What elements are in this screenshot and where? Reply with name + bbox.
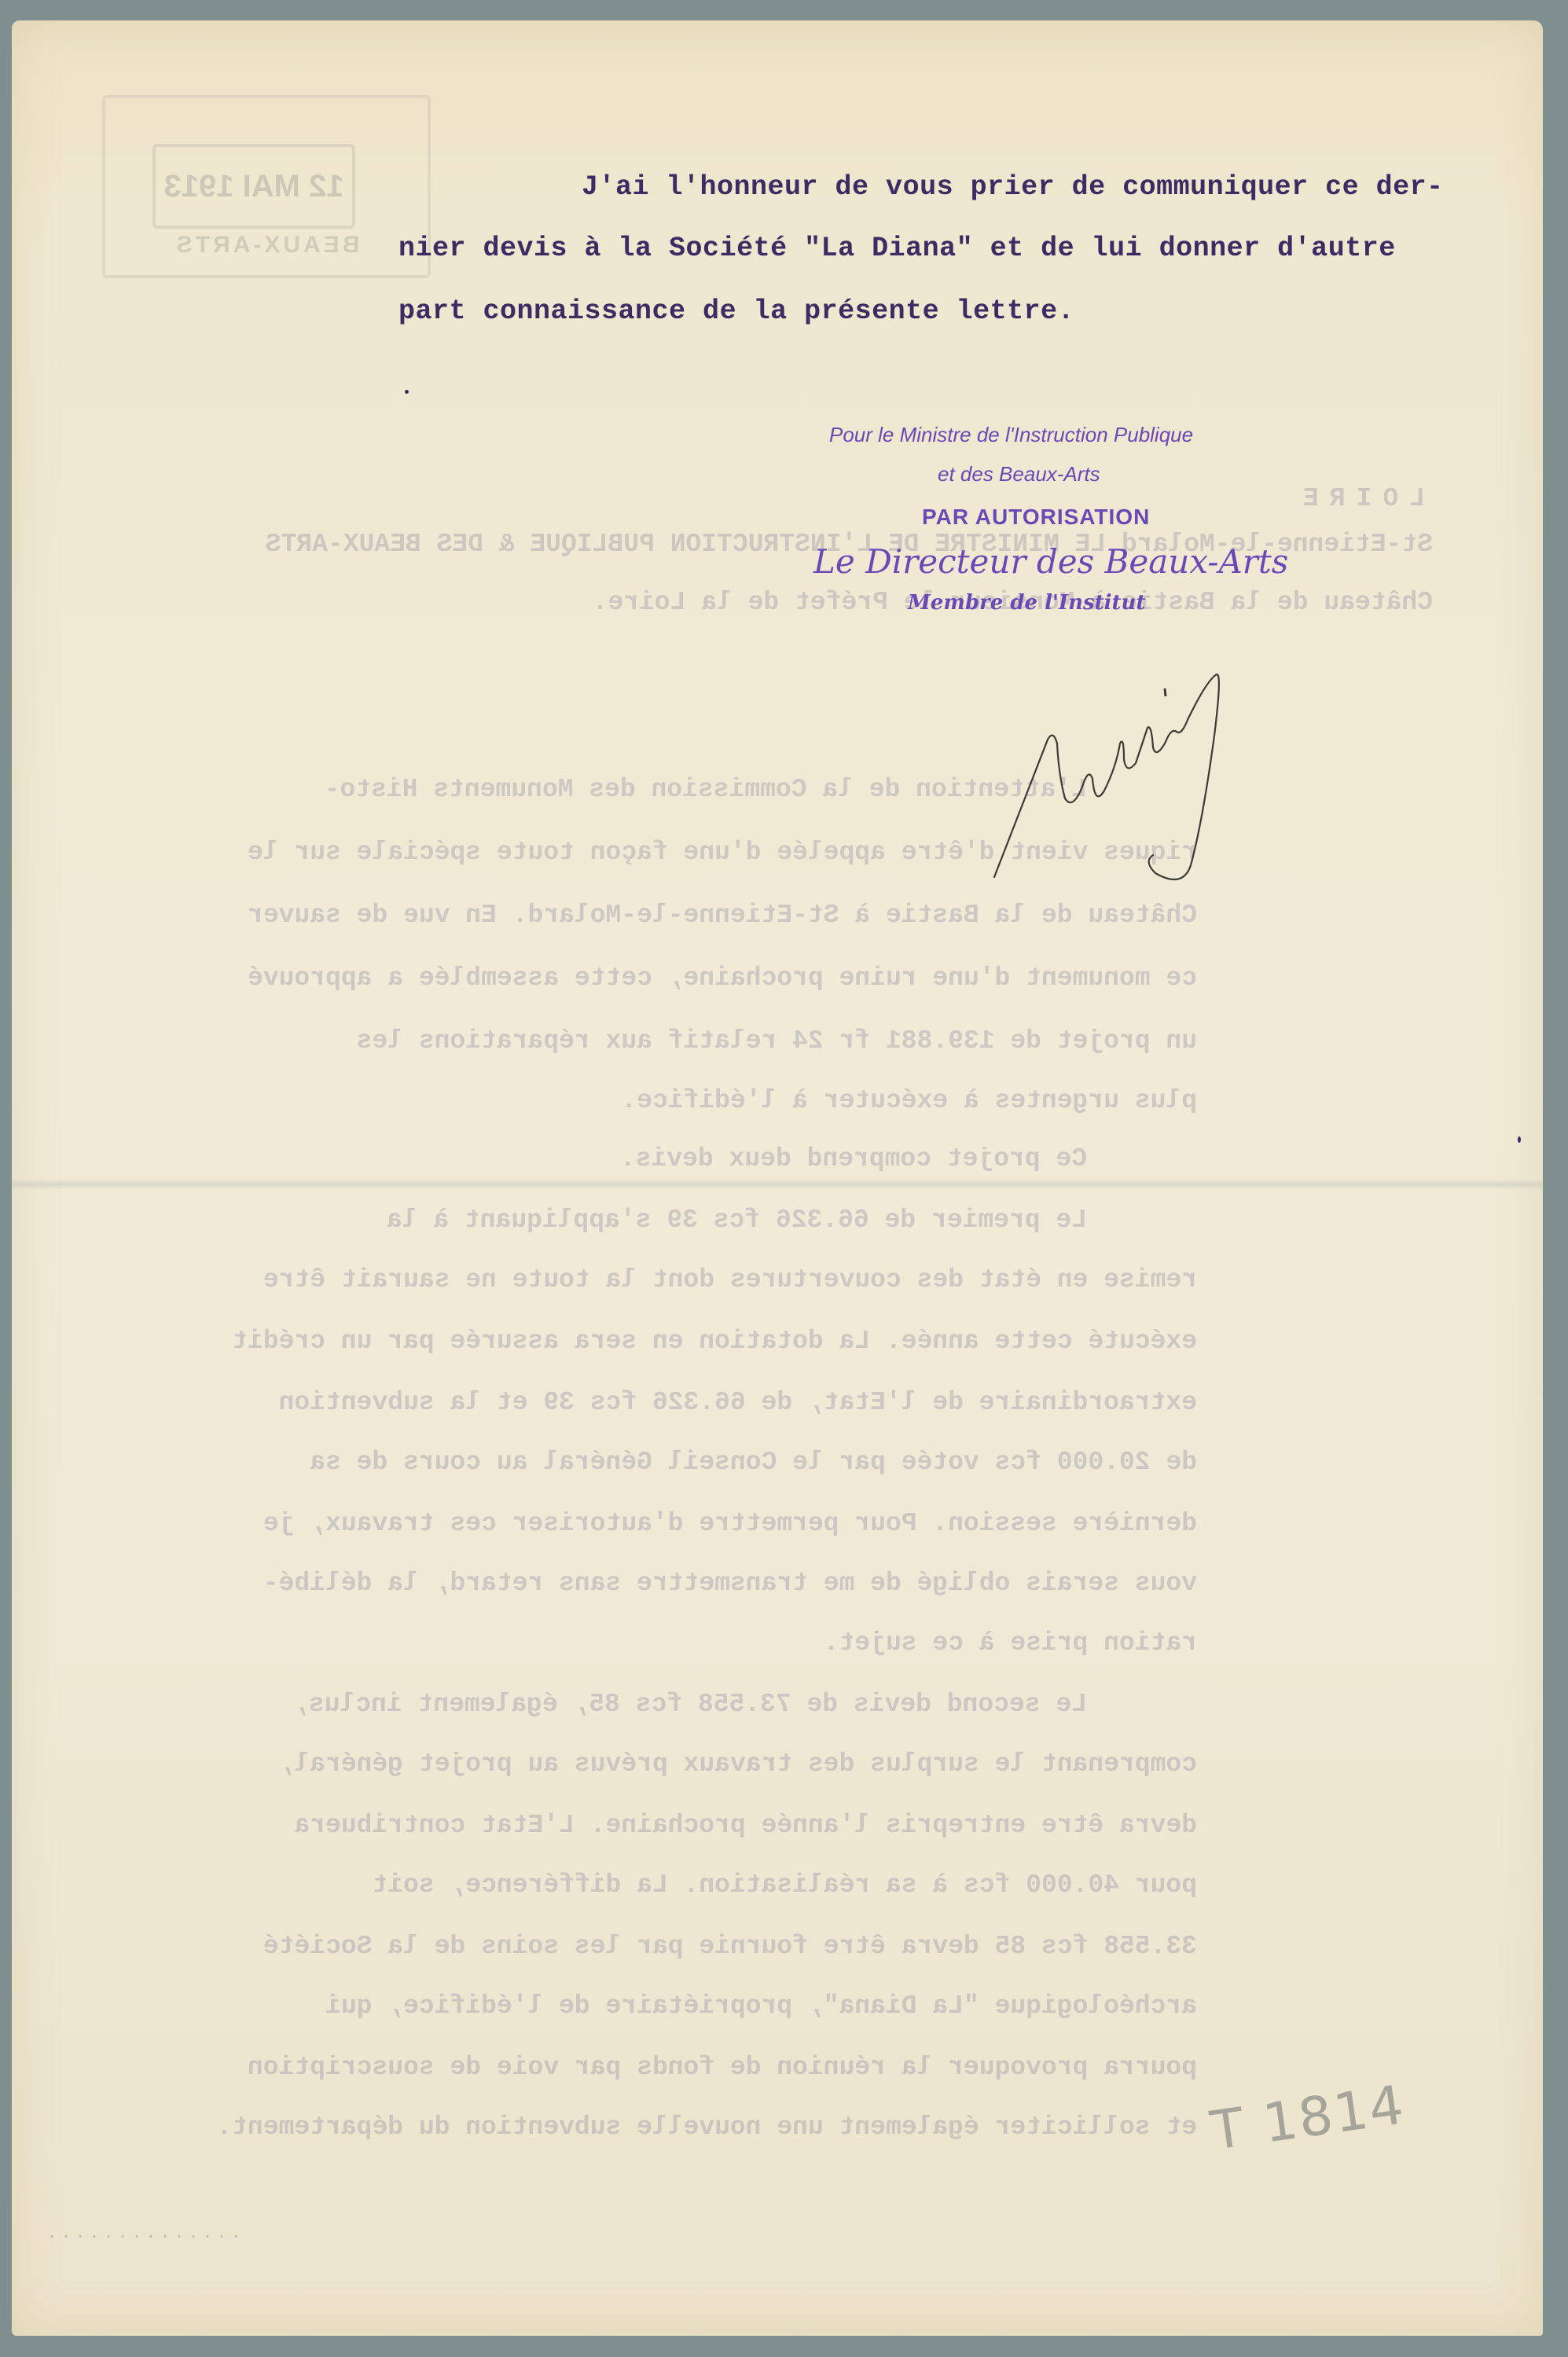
bleed-line: ce monument d'une ruine prochaine, cette… <box>248 964 1197 993</box>
bleed-line: comprenant le surplus des travaux prévus… <box>279 1749 1197 1779</box>
letter-page: LOIRE St-Etienne-le-Molard LE MINISTRE D… <box>12 20 1543 2336</box>
body-line: nier devis à la Société "La Diana" et de… <box>398 233 1396 264</box>
bleed-line: archéologique "La Diana", propriétaire d… <box>325 1992 1197 2021</box>
stamp-minister-line: Pour le Ministre de l'Instruction Publiq… <box>829 423 1193 447</box>
bleed-line: Le premier de 66.326 fcs 39 s'appliquant… <box>387 1206 1087 1235</box>
bleed-line: Le second devis de 73.558 fcs 85, égalem… <box>293 1690 1087 1719</box>
stamp-beaux-arts-line: et des Beaux-Arts <box>938 462 1100 486</box>
faded-date-stamp: 12 MAI 1913 BEAUX-ARTS <box>102 95 431 278</box>
bleed-line: pourra provoquer la réunion de fonds par… <box>248 2053 1197 2082</box>
bleed-line: vous serais obligé de me transmettre san… <box>263 1569 1197 1598</box>
stamp-director-line: Le Directeur des Beaux-Arts <box>813 542 1288 581</box>
bleed-line: de 20.000 fcs votée par le Conseil Génér… <box>310 1448 1197 1477</box>
bleed-line: devra être entrepris l'année prochaine. … <box>294 1811 1197 1840</box>
signature-icon <box>955 649 1222 885</box>
stamp-institute-line: Membre de l'Institut <box>908 591 1145 615</box>
body-line: J'ai l'honneur de vous prier de communiq… <box>582 171 1444 203</box>
ink-dot <box>1518 1136 1521 1143</box>
ink-dot <box>405 390 409 394</box>
bleed-line: Ce projet comprend deux devis. <box>620 1144 1087 1173</box>
bleed-line: dernière session. Pour permettre d'autor… <box>263 1509 1197 1538</box>
bleed-line: plus urgentes à exécuter à l'édifice. <box>621 1086 1197 1115</box>
bleed-header: LOIRE <box>1292 484 1425 513</box>
dotted-line: .............. <box>47 2225 245 2243</box>
body-line: part connaissance de la présente lettre. <box>398 296 1074 327</box>
date-stamp-subtext: BEAUX-ARTS <box>113 232 420 259</box>
bleed-line: exécuté cette année. La dotation en sera… <box>232 1327 1197 1356</box>
bleed-through-layer: LOIRE St-Etienne-le-Molard LE MINISTRE D… <box>12 20 1543 2336</box>
bleed-line: extraordinaire de l'Etat, de 66.326 fcs … <box>279 1388 1197 1417</box>
bleed-line: ration prise à ce sujet. <box>824 1628 1197 1658</box>
bleed-line: un projet de 139.881 fr 24 relatif aux r… <box>357 1026 1197 1056</box>
stamp-authorization-line: PAR AUTORISATION <box>922 505 1150 530</box>
bleed-line: 33.558 fcs 85 devra être fournie par les… <box>263 1932 1197 1961</box>
bleed-line: et solliciter également une nouvelle sub… <box>216 2113 1197 2142</box>
bleed-line: pour 40.000 fcs à sa réalisation. La dif… <box>372 1871 1197 1900</box>
bleed-line: remise en état des couvertures dont la t… <box>263 1265 1197 1294</box>
date-stamp-date: 12 MAI 1913 <box>152 144 355 229</box>
bleed-line: Château de la Bastie à St-Etienne-le-Mol… <box>248 901 1197 930</box>
